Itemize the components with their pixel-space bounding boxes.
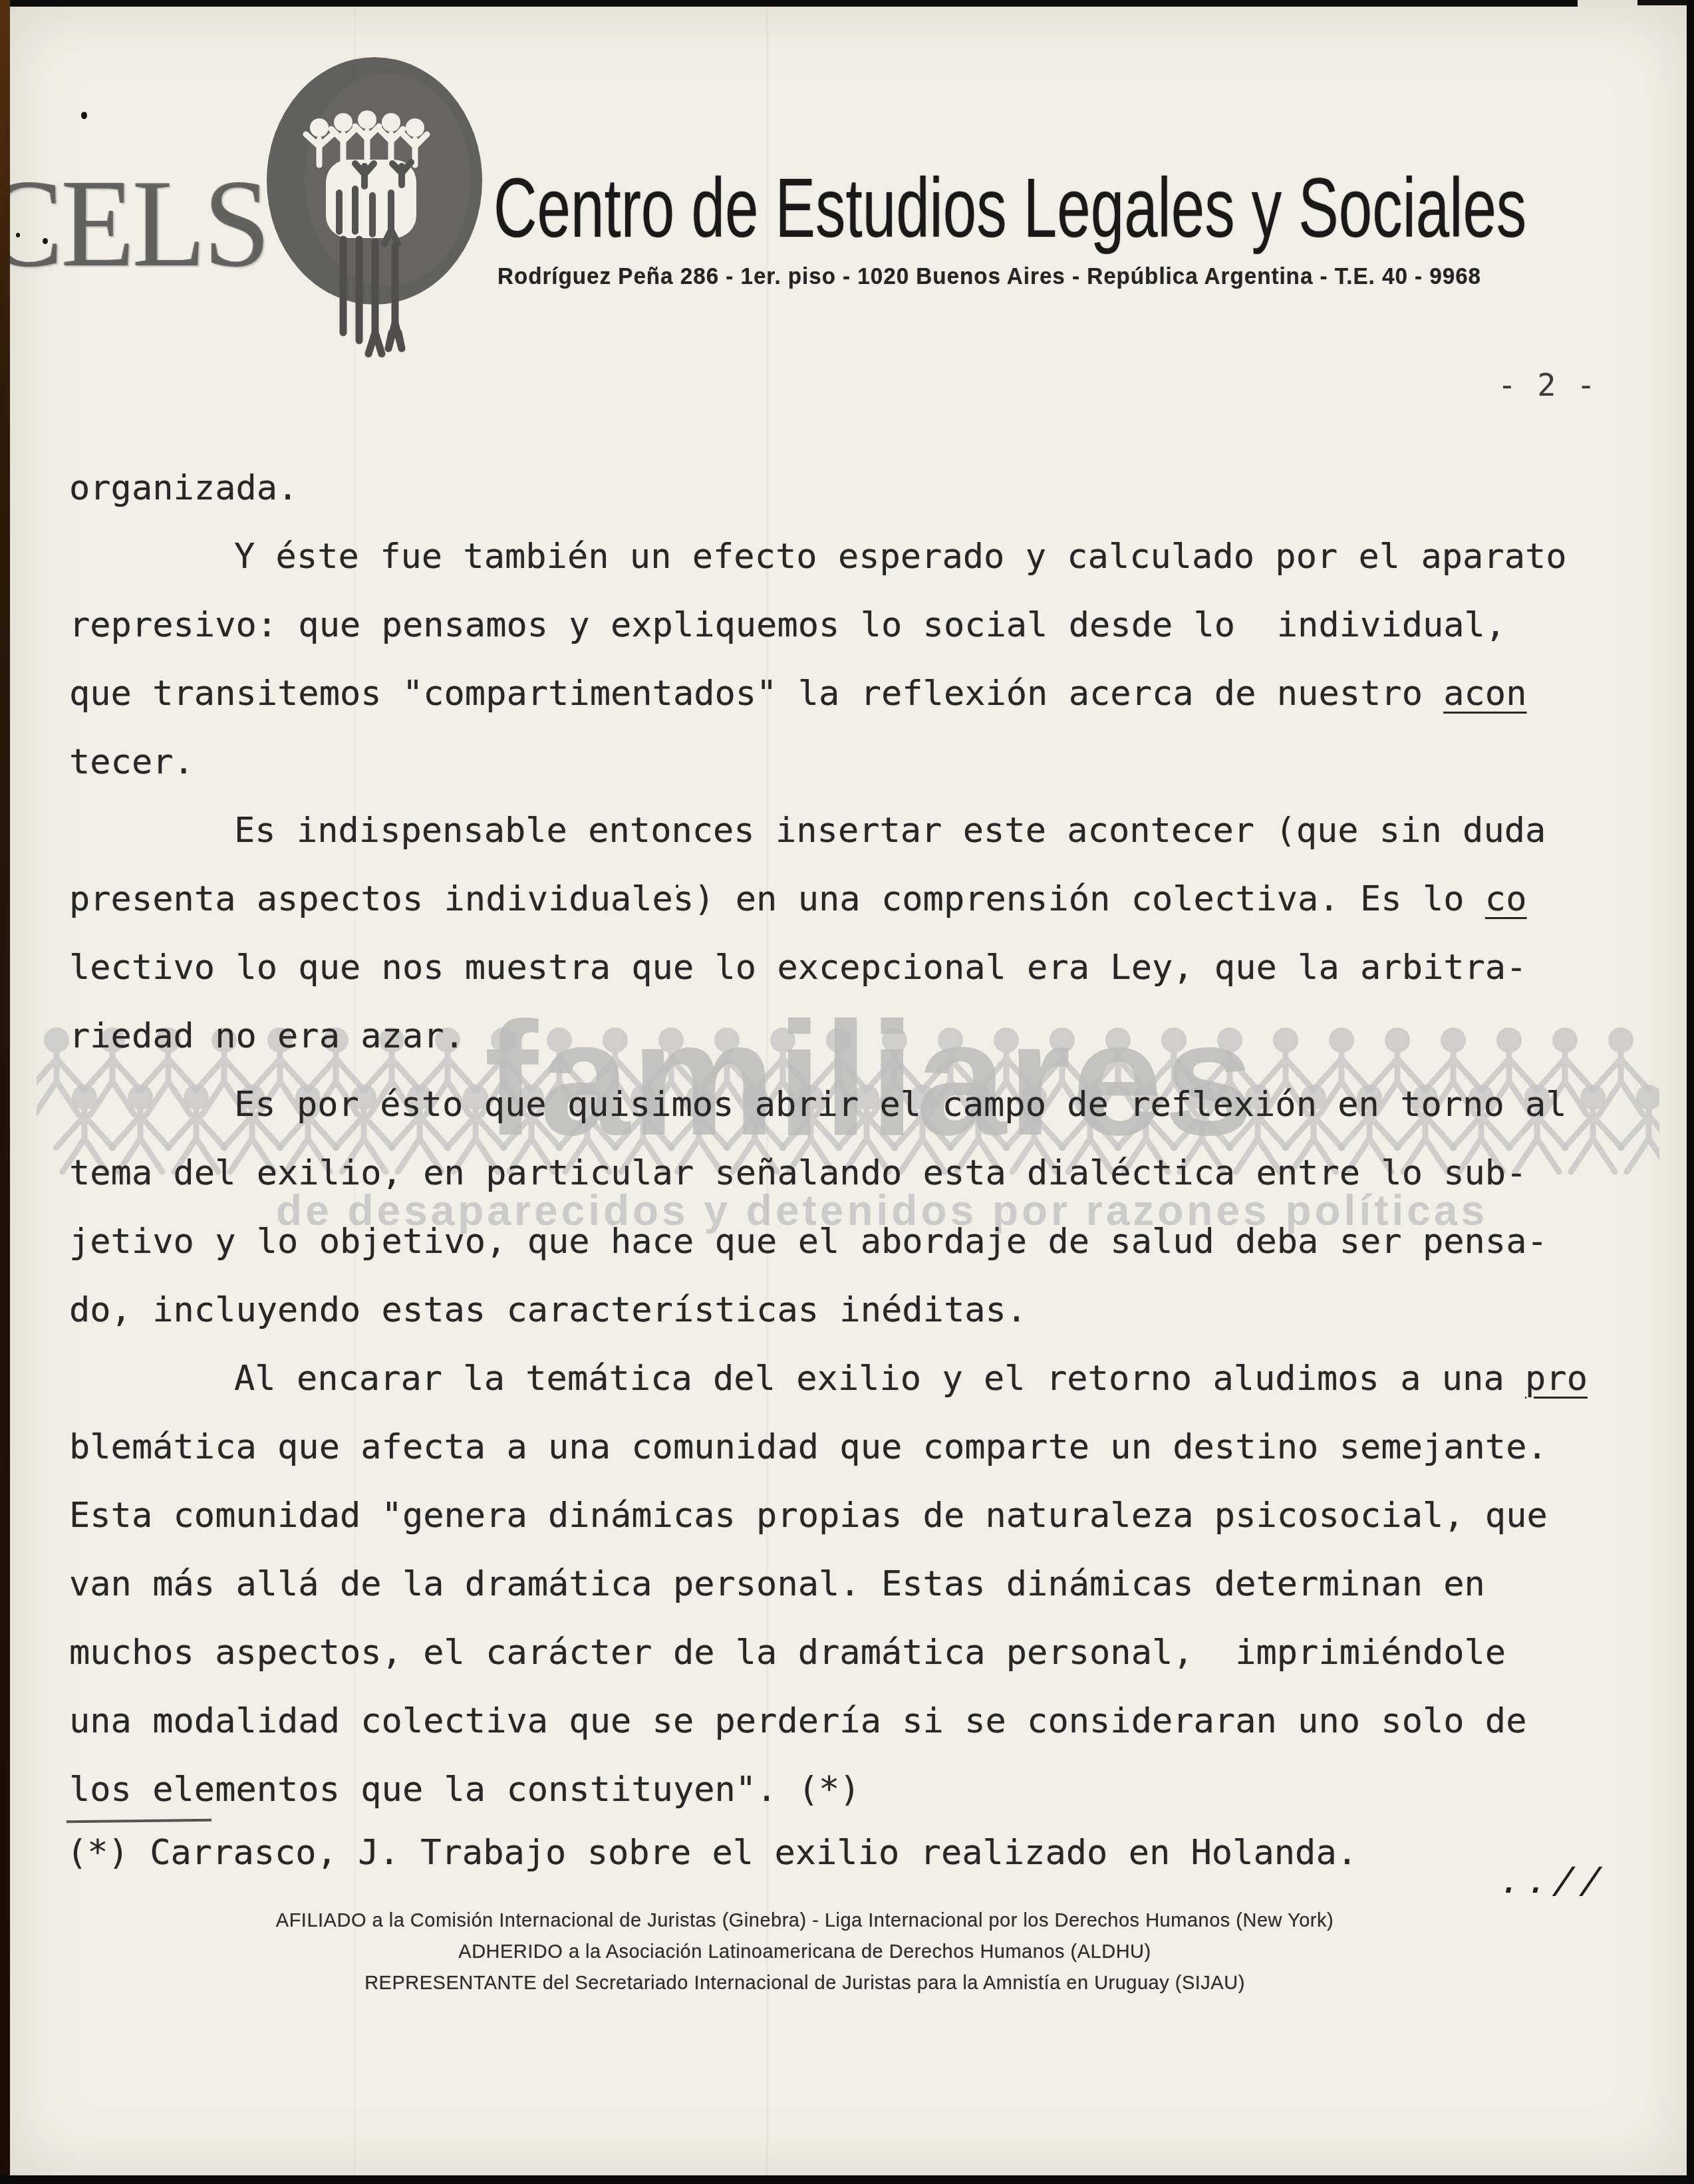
address-line: Rodríguez Peña 286 - 1er. piso - 1020 Bu…: [497, 263, 1481, 290]
scan-edge-right: [1687, 0, 1694, 2184]
body-line: que transitemos "compartimentados" la re…: [69, 675, 1526, 712]
body-line: lectivo lo que nos muestra que lo excepc…: [69, 949, 1526, 986]
body-line: represivo: que pensamos y expliquemos lo…: [69, 607, 1506, 644]
page-number: - 2 -: [1498, 367, 1596, 403]
footnote-rule: [67, 1819, 212, 1823]
footer-affiliation-line: REPRESENTANTE del Secretariado Internaci…: [0, 1973, 1610, 1995]
continuation-mark: ..//: [1495, 1859, 1612, 1901]
scan-speck: [676, 885, 678, 888]
body-line: do, incluyendo estas características iné…: [69, 1292, 1027, 1329]
scan-speck: [81, 112, 87, 119]
body-line: tema del exilio, en particular señalando…: [69, 1155, 1526, 1192]
body-line: Al encarar la temática del exilio y el r…: [69, 1360, 1588, 1397]
body-line: los elementos que la constituyen". (*): [69, 1771, 861, 1808]
footer-affiliation-line: AFILIADO a la Comisión Internacional de …: [0, 1910, 1610, 1933]
body-line: tecer.: [69, 744, 194, 781]
scan-speck: [43, 238, 48, 244]
scan-speck: [16, 233, 20, 237]
footnote-text: (*) Carrasco, J. Trabajo sobre el exilio…: [67, 1833, 1357, 1873]
scan-edge-top-right: [1637, 0, 1694, 5]
org-name: Centro de Estudios Legales y Sociales: [494, 166, 1526, 250]
body-line: organizada.: [69, 470, 298, 507]
cels-stamp-text: CELS: [0, 161, 268, 287]
watermark-word: familiares: [484, 998, 1255, 1160]
body-line: Es indispensable entonces insertar este …: [69, 812, 1546, 849]
footer-affiliation-line: ADHERIDO a la Asociación Latinoamericana…: [0, 1941, 1610, 1964]
scan-edge-left: [0, 0, 10, 2184]
cels-logo-stamp-icon: [265, 53, 484, 386]
body-line: jetivo y lo objetivo, que hace que el ab…: [69, 1223, 1548, 1260]
scanned-document-page: familiares de desaparecidos y detenidos …: [0, 0, 1694, 2184]
body-line: muchos aspectos, el carácter de la dramá…: [69, 1634, 1506, 1671]
body-line: riedad no era azar.: [69, 1018, 465, 1055]
body-line: una modalidad colectiva que se perdería …: [69, 1703, 1526, 1740]
body-line: blemática que afecta a una comunidad que…: [69, 1429, 1548, 1466]
scan-edge-bottom: [0, 2175, 1694, 2184]
body-line: presenta aspectos individuales) en una c…: [69, 881, 1526, 918]
scan-edge-top: [0, 0, 1578, 7]
body-line: Es por ésto que quisimos abrir el campo …: [69, 1086, 1567, 1123]
body-line: Y éste fue también un efecto esperado y …: [69, 538, 1567, 575]
body-line: Esta comunidad "genera dinámicas propias…: [69, 1497, 1548, 1534]
body-line: van más allá de la dramática personal. E…: [69, 1566, 1485, 1603]
